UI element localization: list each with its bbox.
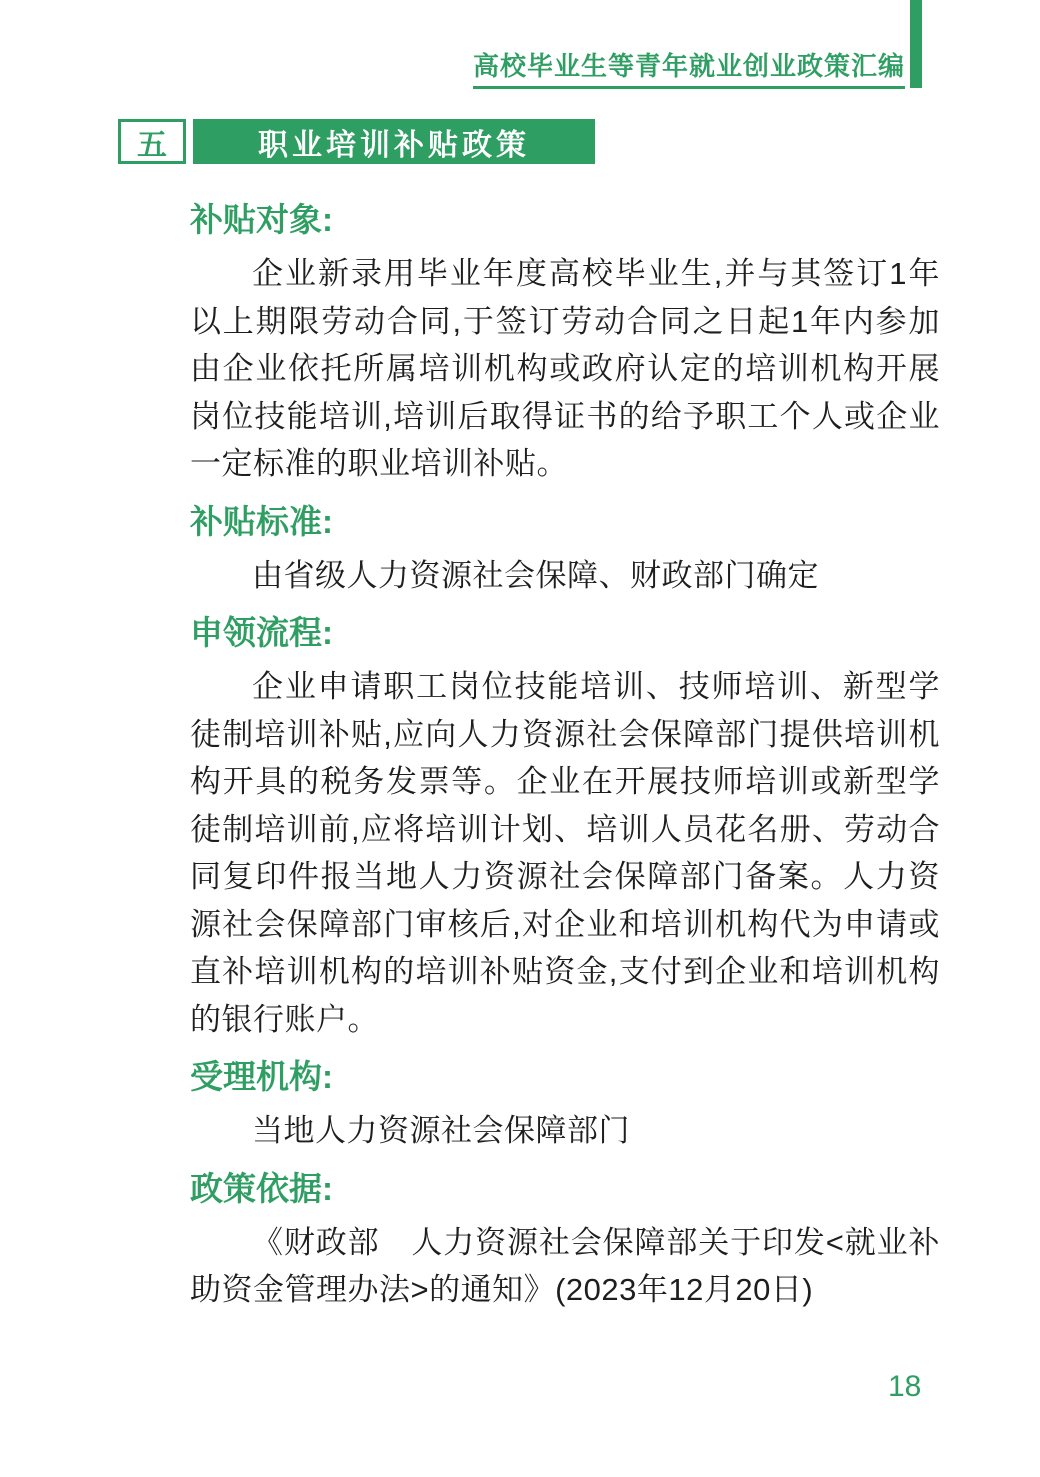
section-title-banner: 职业培训补贴政策	[193, 119, 595, 164]
block-subsidy-target: 补贴对象: 企业新录用毕业年度高校毕业生,并与其签订1年以上期限劳动合同,于签订…	[190, 200, 940, 488]
block-accepting-agency: 受理机构: 当地人力资源社会保障部门	[190, 1057, 940, 1155]
header-accent-bar	[910, 0, 922, 88]
heading-accepting-agency: 受理机构:	[190, 1057, 940, 1097]
heading-subsidy-standard: 补贴标准:	[190, 502, 940, 542]
block-subsidy-standard: 补贴标准: 由省级人力资源社会保障、财政部门确定	[190, 502, 940, 600]
page-number: 18	[888, 1370, 921, 1403]
content-area: 补贴对象: 企业新录用毕业年度高校毕业生,并与其签订1年以上期限劳动合同,于签订…	[190, 186, 940, 1314]
booklet-title: 高校毕业生等青年就业创业政策汇编	[473, 53, 905, 89]
heading-policy-basis: 政策依据:	[190, 1169, 940, 1209]
block-policy-basis: 政策依据: 《财政部 人力资源社会保障部关于印发<就业补助资金管理办法>的通知》…	[190, 1169, 940, 1314]
section-header: 五 职业培训补贴政策	[118, 119, 595, 164]
paragraph-subsidy-target: 企业新录用毕业年度高校毕业生,并与其签订1年以上期限劳动合同,于签订劳动合同之日…	[190, 250, 940, 488]
paragraph-subsidy-standard: 由省级人力资源社会保障、财政部门确定	[190, 552, 940, 600]
paragraph-policy-basis: 《财政部 人力资源社会保障部关于印发<就业补助资金管理办法>的通知》(2023年…	[190, 1219, 940, 1314]
heading-subsidy-target: 补贴对象:	[190, 200, 940, 240]
paragraph-accepting-agency: 当地人力资源社会保障部门	[190, 1107, 940, 1155]
heading-application-process: 申领流程:	[190, 613, 940, 653]
section-number-box: 五	[118, 119, 186, 164]
block-application-process: 申领流程: 企业申请职工岗位技能培训、技师培训、新型学徒制培训补贴,应向人力资源…	[190, 613, 940, 1043]
document-page: 高校毕业生等青年就业创业政策汇编 五 职业培训补贴政策 补贴对象: 企业新录用毕…	[0, 0, 1040, 1477]
paragraph-application-process: 企业申请职工岗位技能培训、技师培训、新型学徒制培训补贴,应向人力资源社会保障部门…	[190, 663, 940, 1043]
